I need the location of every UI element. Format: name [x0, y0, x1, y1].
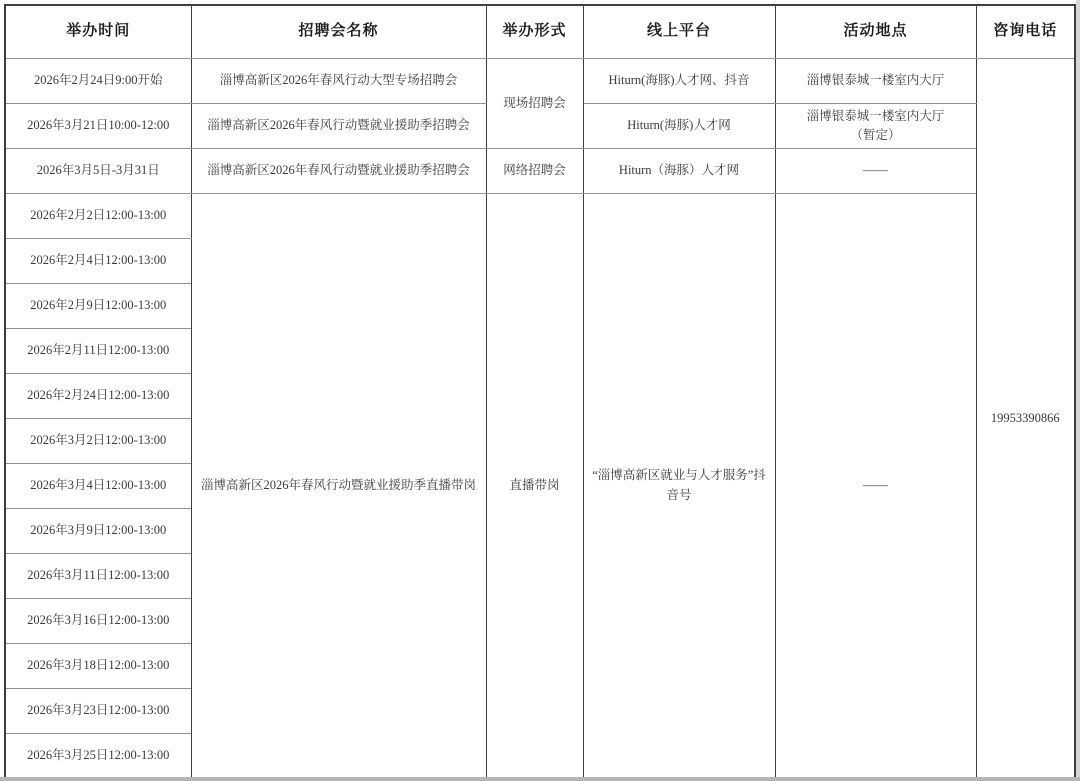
cell-time: 2026年3月25日12:00-13:00 [5, 734, 191, 779]
header-format: 举办形式 [486, 5, 583, 59]
cell-time: 2026年2月24日12:00-13:00 [5, 374, 191, 419]
cell-time: 2026年3月2日12:00-13:00 [5, 419, 191, 464]
header-event-time: 举办时间 [5, 5, 191, 59]
page-edge-right [1076, 0, 1080, 781]
cell-time: 2026年3月23日12:00-13:00 [5, 689, 191, 734]
table-row: 2026年2月24日9:00开始 淄博高新区2026年春风行动大型专场招聘会 现… [5, 59, 1075, 104]
cell-time: 2026年2月24日9:00开始 [5, 59, 191, 104]
job-fair-schedule-table: 举办时间 招聘会名称 举办形式 线上平台 活动地点 咨询电话 2026年2月24… [4, 4, 1076, 780]
page: 举办时间 招聘会名称 举办形式 线上平台 活动地点 咨询电话 2026年2月24… [0, 0, 1080, 781]
header-phone: 咨询电话 [976, 5, 1075, 59]
cell-fair-name-live: 淄博高新区2026年春风行动暨就业援助季直播带岗 [191, 194, 486, 779]
cell-location: —— [775, 149, 976, 194]
cell-platform-live: “淄博高新区就业与人才服务”抖 音号 [583, 194, 775, 779]
cell-location-live: —— [775, 194, 976, 779]
page-edge-bottom [0, 777, 1080, 781]
cell-time: 2026年3月11日12:00-13:00 [5, 554, 191, 599]
cell-time: 2026年2月9日12:00-13:00 [5, 284, 191, 329]
cell-format-online: 网络招聘会 [486, 149, 583, 194]
cell-time: 2026年3月21日10:00-12:00 [5, 104, 191, 149]
header-online-platform: 线上平台 [583, 5, 775, 59]
cell-fair-name: 淄博高新区2026年春风行动暨就业援助季招聘会 [191, 104, 486, 149]
cell-format-onsite: 现场招聘会 [486, 59, 583, 149]
cell-time: 2026年2月4日12:00-13:00 [5, 239, 191, 284]
cell-time: 2026年3月9日12:00-13:00 [5, 509, 191, 554]
cell-time: 2026年3月18日12:00-13:00 [5, 644, 191, 689]
cell-location: 淄博银泰城一楼室内大厅 （暂定） [775, 104, 976, 149]
cell-time: 2026年2月11日12:00-13:00 [5, 329, 191, 374]
cell-fair-name: 淄博高新区2026年春风行动暨就业援助季招聘会 [191, 149, 486, 194]
cell-time: 2026年3月5日-3月31日 [5, 149, 191, 194]
cell-platform: Hiturn（海豚）人才网 [583, 149, 775, 194]
cell-time: 2026年3月16日12:00-13:00 [5, 599, 191, 644]
cell-time: 2026年2月2日12:00-13:00 [5, 194, 191, 239]
table-row: 2026年2月2日12:00-13:00 淄博高新区2026年春风行动暨就业援助… [5, 194, 1075, 239]
cell-time: 2026年3月4日12:00-13:00 [5, 464, 191, 509]
cell-phone: 19953390866 [976, 59, 1075, 779]
cell-fair-name: 淄博高新区2026年春风行动大型专场招聘会 [191, 59, 486, 104]
cell-format-live: 直播带岗 [486, 194, 583, 779]
cell-platform: Hiturn(海豚)人才网 [583, 104, 775, 149]
cell-platform: Hiturn(海豚)人才网、抖音 [583, 59, 775, 104]
table-row: 2026年3月5日-3月31日 淄博高新区2026年春风行动暨就业援助季招聘会 … [5, 149, 1075, 194]
cell-location: 淄博银泰城一楼室内大厅 [775, 59, 976, 104]
table-header-row: 举办时间 招聘会名称 举办形式 线上平台 活动地点 咨询电话 [5, 5, 1075, 59]
header-location: 活动地点 [775, 5, 976, 59]
header-fair-name: 招聘会名称 [191, 5, 486, 59]
